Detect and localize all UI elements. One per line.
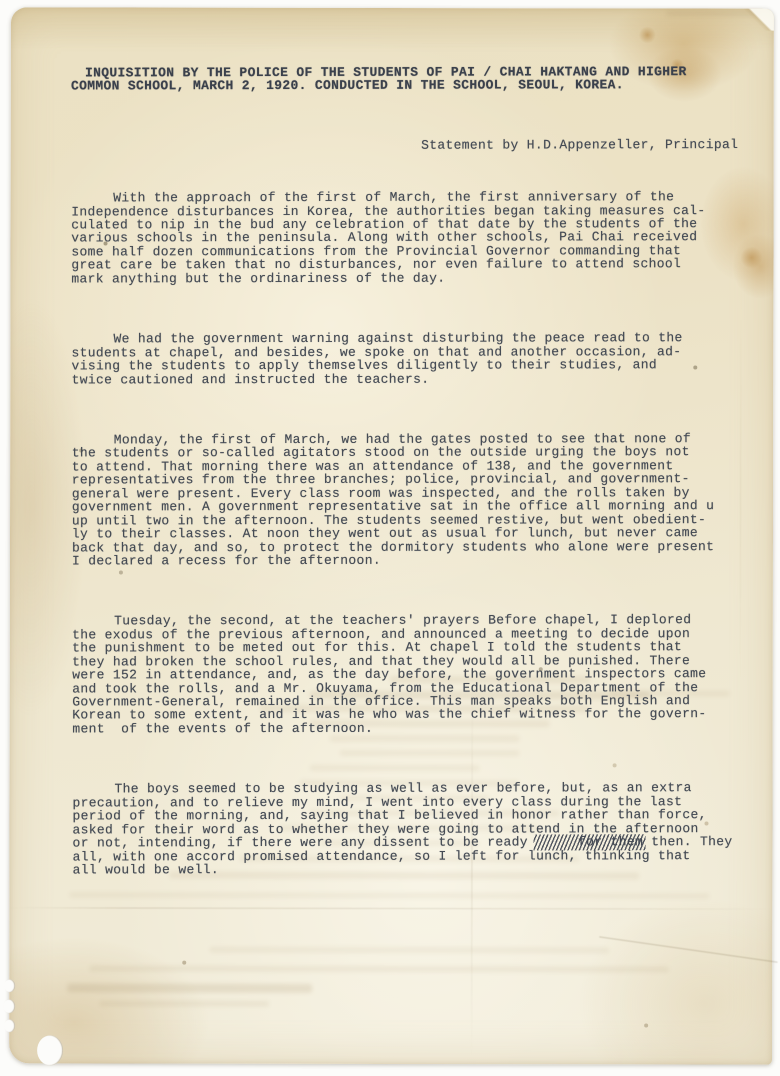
paragraph-3: Monday, the first of March, we had the g… [72, 432, 748, 568]
paragraph-2: We had the government warning against di… [71, 331, 747, 386]
torn-edge-notch [4, 979, 15, 992]
paragraph-5: The boys seemed to be studying as well a… [72, 781, 748, 877]
diagonal-crease-line [599, 936, 777, 962]
paragraph-4: Tuesday, the second, at the teachers' pr… [72, 613, 748, 735]
torn-corner-notch [37, 1035, 63, 1065]
page-title: INQUISITION BY THE POLICE OF THE STUDENT… [71, 65, 747, 93]
torn-edge-notch [3, 999, 15, 1013]
typed-content: INQUISITION BY THE POLICE OF THE STUDENT… [71, 38, 749, 924]
byline: Statement by H.D.Appenzeller, Principal [71, 138, 747, 153]
strikethrough-text: for them [536, 835, 643, 849]
folded-corner [744, 9, 774, 31]
torn-edge-notch [4, 1019, 15, 1032]
paragraph-1: With the approach of the first of March,… [71, 190, 747, 286]
paper-specks [11, 7, 13, 9]
document-scan-paper-sheet: INQUISITION BY THE POLICE OF THE STUDENT… [9, 7, 774, 1064]
